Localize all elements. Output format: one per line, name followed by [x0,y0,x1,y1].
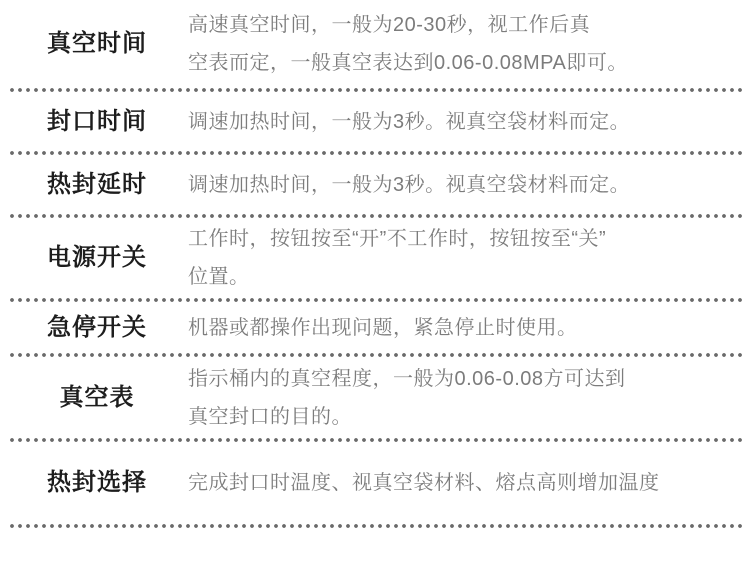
table-row: 真空表 指示桶内的真空程度，一般为0.06-0.08方可达到 真空封口的目的。 [0,357,750,438]
description-line: 位置。 [188,258,722,296]
description-line: 工作时，按钮按至“开”不工作时，按钮按至“关” [188,220,722,258]
description-line: 机器或都操作出现问题，紧急停止时使用。 [188,309,722,347]
description-line: 完成封口时温度、视真空袋材料、熔点高则增加温度 [188,464,722,502]
description-line: 调速加热时间，一般为3秒。视真空袋材料而定。 [188,166,722,204]
row-label: 电源开关 [22,242,172,273]
description-line: 调速加热时间，一般为3秒。视真空袋材料而定。 [188,103,722,141]
row-description: 调速加热时间，一般为3秒。视真空袋材料而定。 [188,166,722,204]
table-row: 真空时间 高速真空时间，一般为20-30秒，视工作后真 空表而定，一般真空表达到… [0,0,750,88]
row-description: 指示桶内的真空程度，一般为0.06-0.08方可达到 真空封口的目的。 [188,360,722,436]
row-label: 热封选择 [22,467,172,498]
row-description: 工作时，按钮按至“开”不工作时，按钮按至“关” 位置。 [188,220,722,296]
row-label: 热封延时 [22,169,172,200]
table-row: 急停开关 机器或都操作出现问题，紧急停止时使用。 [0,302,750,353]
table-row: 电源开关 工作时，按钮按至“开”不工作时，按钮按至“关” 位置。 [0,218,750,298]
row-label: 真空时间 [22,28,172,59]
description-line: 指示桶内的真空程度，一般为0.06-0.08方可达到 [188,360,722,398]
description-line: 空表而定，一般真空表达到0.06-0.08MPA即可。 [188,44,722,82]
row-description: 机器或都操作出现问题，紧急停止时使用。 [188,309,722,347]
description-line: 高速真空时间，一般为20-30秒，视工作后真 [188,6,722,44]
row-description: 调速加热时间，一般为3秒。视真空袋材料而定。 [188,103,722,141]
table-row: 封口时间 调速加热时间，一般为3秒。视真空袋材料而定。 [0,92,750,151]
table-row: 热封延时 调速加热时间，一般为3秒。视真空袋材料而定。 [0,155,750,214]
description-line: 真空封口的目的。 [188,398,722,436]
row-description: 高速真空时间，一般为20-30秒，视工作后真 空表而定，一般真空表达到0.06-… [188,6,722,82]
control-description-table: 真空时间 高速真空时间，一般为20-30秒，视工作后真 空表而定，一般真空表达到… [0,0,750,562]
dotted-divider [10,524,745,528]
row-label: 封口时间 [22,106,172,137]
row-description: 完成封口时温度、视真空袋材料、熔点高则增加温度 [188,464,722,502]
table-row: 热封选择 完成封口时温度、视真空袋材料、熔点高则增加温度 [0,442,750,524]
row-label: 急停开关 [22,312,172,343]
row-label: 真空表 [22,382,172,413]
